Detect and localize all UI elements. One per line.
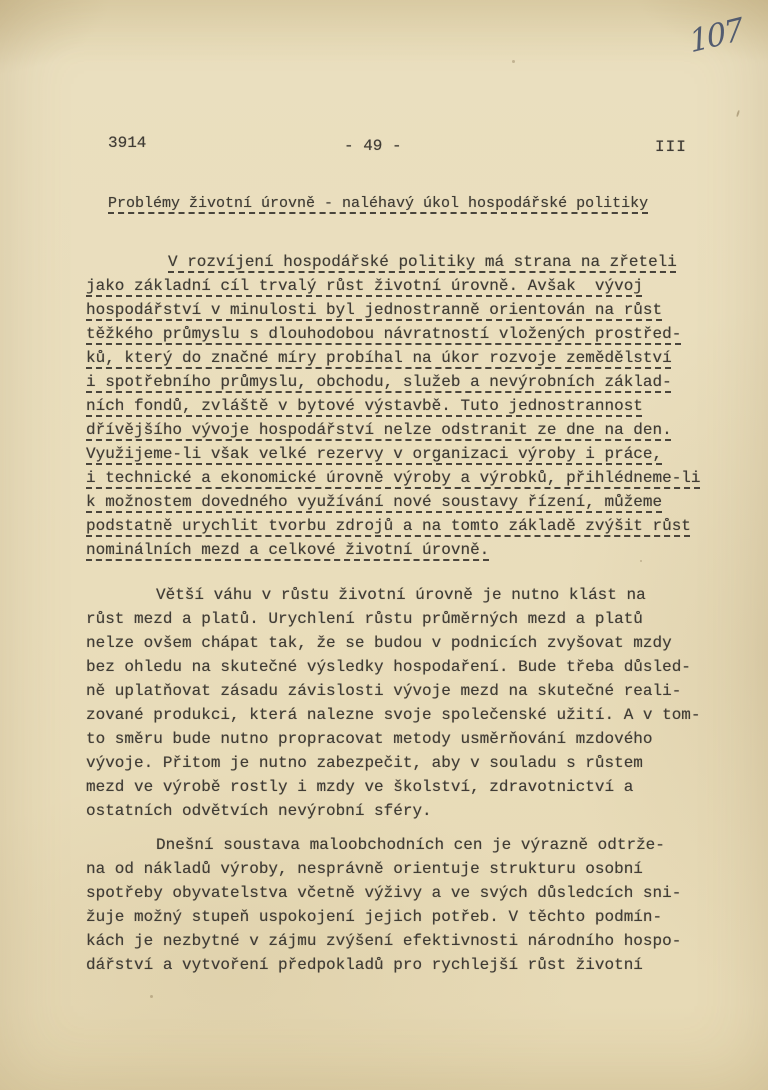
paragraph: Dnešní soustava maloobchodních cen je vý… xyxy=(86,833,716,977)
paper-speck xyxy=(150,995,153,998)
text-line: na od nákladů výroby, nesprávně orientuj… xyxy=(86,857,716,881)
text-line: podstatně urychlit tvorbu zdrojů a na to… xyxy=(86,514,716,538)
text-line: ně uplatňovat zásadu závislosti vývoje m… xyxy=(86,679,716,703)
page-number: - 49 - xyxy=(344,136,402,156)
text-line: Využijeme-li však velké rezervy v organi… xyxy=(86,442,716,466)
text-line: kách je nezbytné v zájmu zvýšení efektiv… xyxy=(86,929,716,953)
text-line: nominálních mezd a celkové životní úrovn… xyxy=(86,538,716,562)
text-line: bez ohledu na skutečné výsledky hospodař… xyxy=(86,655,716,679)
paper-speck xyxy=(640,560,642,562)
text-line: růst mezd a platů. Urychlení růstu průmě… xyxy=(86,607,716,631)
text-line: vývoje. Přitom je nutno zabezpečit, aby … xyxy=(86,751,716,775)
text-line: k možnostem dovedného využívání nové sou… xyxy=(86,490,716,514)
document-body: V rozvíjení hospodářské politiky má stra… xyxy=(86,244,716,977)
document-title: Problémy životní úrovně - naléhavý úkol … xyxy=(108,193,648,215)
section-number: III xyxy=(655,137,687,157)
text-line: nelze ovšem chápat tak, že se budou v po… xyxy=(86,631,716,655)
text-line: žuje možný stupeň uspokojení jejich potř… xyxy=(86,905,716,929)
text-line: i technické a ekonomické úrovně výroby a… xyxy=(86,466,716,490)
text-line: i spotřebního průmyslu, obchodu, služeb … xyxy=(86,370,716,394)
text-line: těžkého průmyslu s dlouhodobou návratnos… xyxy=(86,322,716,346)
paragraph: Větší váhu v růstu životní úrovně je nut… xyxy=(86,583,716,823)
text-line: Dnešní soustava maloobchodních cen je vý… xyxy=(86,833,716,857)
text-line: to směru bude nutno propracovat metody u… xyxy=(86,727,716,751)
paragraph-emphasized: V rozvíjení hospodářské politiky má stra… xyxy=(86,250,716,562)
paper-speck xyxy=(512,60,515,63)
text-line: zované produkci, která nalezne svoje spo… xyxy=(86,703,716,727)
text-line: Větší váhu v růstu životní úrovně je nut… xyxy=(86,583,716,607)
handwritten-page-note: 107 xyxy=(687,12,744,61)
scanned-document-page: 107 3914 - 49 - III Problémy životní úro… xyxy=(0,0,768,1090)
page-header: 3914 - 49 - III xyxy=(0,133,768,153)
text-line: ních fondů, zvláště v bytové výstavbě. T… xyxy=(86,394,716,418)
text-line: ků, který do značné míry probíhal na úko… xyxy=(86,346,716,370)
text-line: dářství a vytvoření předpokladů pro rych… xyxy=(86,953,716,977)
text-line: ostatních odvětvích nevýrobní sféry. xyxy=(86,799,716,823)
document-number: 3914 xyxy=(108,133,146,153)
text-line: hospodářství v minulosti byl jednostrann… xyxy=(86,298,716,322)
text-line: mezd ve výrobě rostly i mzdy ve školství… xyxy=(86,775,716,799)
paper-scratch-mark xyxy=(736,110,740,117)
text-line: jako základní cíl trvalý růst životní úr… xyxy=(86,274,716,298)
text-line: V rozvíjení hospodářské politiky má stra… xyxy=(86,250,716,274)
text-line: spotřeby obyvatelstva včetně výživy a ve… xyxy=(86,881,716,905)
text-line: dřívějšího vývoje hospodářství nelze ods… xyxy=(86,418,716,442)
